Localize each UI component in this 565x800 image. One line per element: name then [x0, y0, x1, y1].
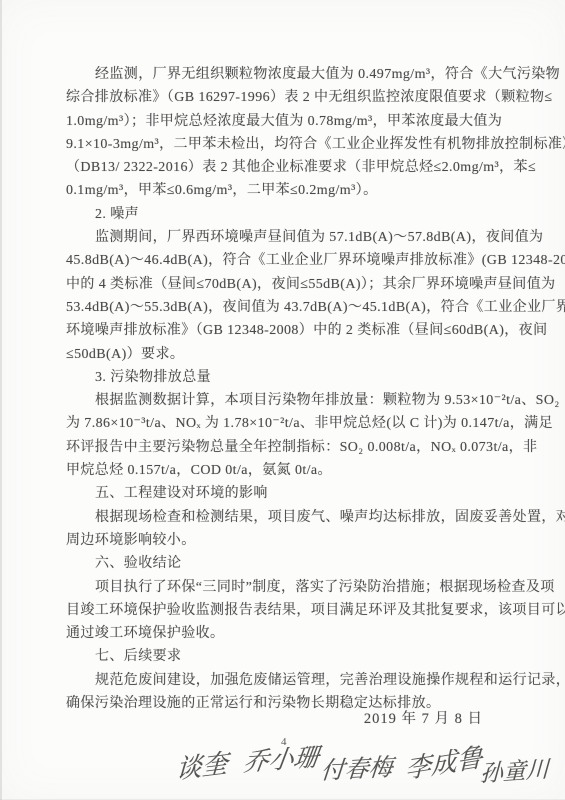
signature: 李成鲁 [405, 737, 483, 787]
text-line: 项目执行了环保“三同时”制度，落实了污染防治措施；根据现场检查及项 [66, 576, 560, 599]
text-line: 环评报告中主要污染物总量全年控制指标：SO₂ 0.008t/a，NOₓ 0.07… [66, 436, 560, 459]
text-line: 五、工程建设对环境的影响 [66, 482, 560, 505]
text-line: 环境噪声排放标准》（GB 12348-2008）中的 2 类标准（昼间≤60dB… [66, 319, 560, 342]
text-line: ≤50dB(A)）要求。 [66, 343, 560, 366]
document-page: 经监测，厂界无组织颗粒物浓度最大值为 0.497mg/m³，符合《大气污染物综合… [0, 0, 565, 800]
text-line: 3. 污染物排放总量 [66, 366, 560, 389]
text-line: 综合排放标准》（GB 16297-1996）表 2 中无组织监控浓度限值要求（颗… [66, 86, 560, 109]
text-line: 经监测，厂界无组织颗粒物浓度最大值为 0.497mg/m³，符合《大气污染物 [66, 63, 560, 86]
text-line: 0.1mg/m³，甲苯≤0.6mg/m³，二甲苯≤0.2mg/m³）。 [66, 179, 560, 202]
text-line: 确保污染治理设施的正常运行和污染物长期稳定达标排放。 [66, 692, 560, 715]
text-line: 通过竣工环境保护验收。 [66, 622, 560, 645]
text-line: 9.1×10-3mg/m³，二甲苯未检出，均符合《工业企业挥发性有机物排放控制标… [66, 133, 560, 156]
text-line: 根据监测数据计算，本项目污染物年排放量：颗粒物为 9.53×10⁻²t/a、SO… [66, 389, 560, 412]
text-line: 53.4dB(A)～55.3dB(A)，夜间值为 43.7dB(A)～45.1d… [66, 296, 560, 319]
text-line: 为 7.86×10⁻³t/a、NOₓ 为 1.78×10⁻²t/a、非甲烷总烃(… [66, 412, 560, 435]
text-line: 六、验收结论 [66, 552, 560, 575]
text-line: 2. 噪声 [66, 203, 560, 226]
text-line: 七、后续要求 [66, 645, 560, 668]
document-date: 2019 年 7 月 8 日 [364, 707, 483, 728]
text-line: 1.0mg/m³）；非甲烷总烃浓度最大值为 0.78mg/m³，甲苯浓度最大值为 [66, 110, 560, 133]
signature: 谈奎 [175, 743, 229, 787]
text-line: 监测期间，厂界西环境噪声昼间值为 57.1dB(A)～57.8dB(A)，夜间值… [66, 226, 560, 249]
text-line: 甲烷总烃 0.157t/a，COD 0t/a，氨氮 0t/a。 [66, 459, 560, 482]
text-line: 45.8dB(A)～46.4dB(A)，符合《工业企业厂界环境噪声排放标准》(G… [66, 249, 560, 272]
text-line: 根据现场检查和检测结果，项目废气、噪声均达标排放，固废妥善处置，对 [66, 506, 560, 529]
signature: 孙童川 [480, 751, 550, 789]
signature: 付春梅 [320, 747, 395, 786]
signature: 乔小珊 [242, 737, 322, 779]
document-body: 经监测，厂界无组织颗粒物浓度最大值为 0.497mg/m³，符合《大气污染物综合… [66, 63, 560, 715]
text-line: 规范危废间建设，加强危废储运管理，完善治理设施操作规程和运行记录， [66, 669, 560, 692]
text-line: 周边环境影响较小。 [66, 529, 560, 552]
text-line: 目竣工环境保护验收监测报告表结果，项目满足环评及其批复要求，该项目可以 [66, 599, 560, 622]
text-line: 中的 4 类标准（昼间≤70dB(A)，夜间≤55dB(A)）；其余厂界环境噪声… [66, 273, 560, 296]
text-line: （DB13/ 2322-2016）表 2 其他企业标准要求（非甲烷总烃≤2.0m… [66, 156, 560, 179]
